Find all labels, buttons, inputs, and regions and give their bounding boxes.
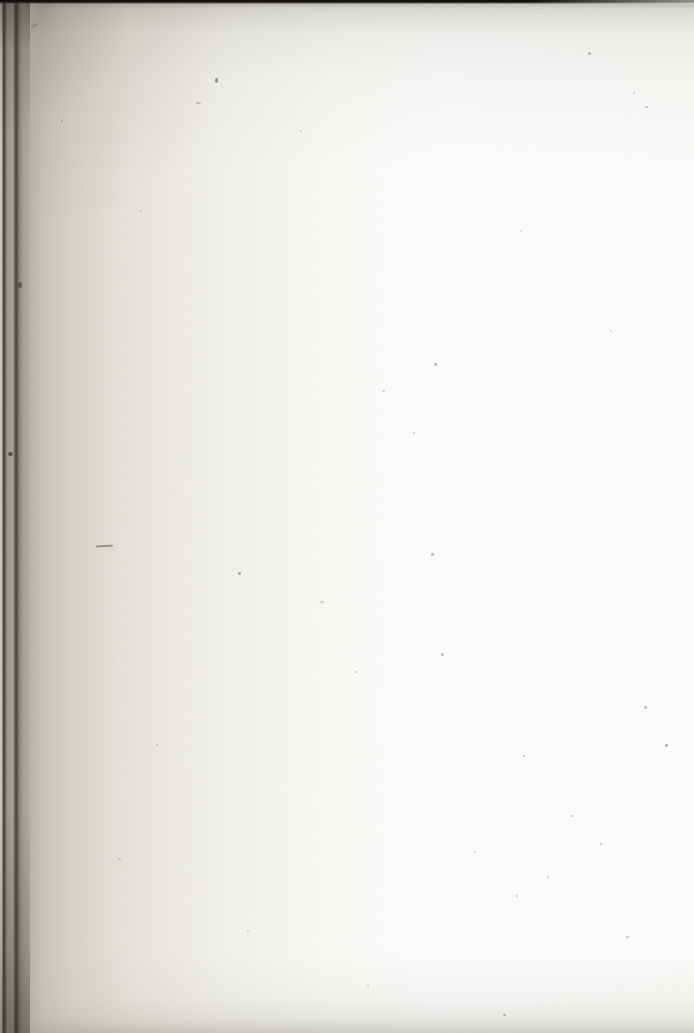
paper-speck bbox=[215, 78, 218, 83]
paper-speck bbox=[633, 92, 635, 94]
paper-speck bbox=[382, 390, 385, 392]
paper-speck bbox=[413, 432, 415, 434]
paper-speck bbox=[118, 858, 121, 860]
paper-speck bbox=[665, 744, 668, 747]
paper-speck bbox=[196, 102, 201, 105]
paper-speck bbox=[247, 930, 249, 932]
paper-speck bbox=[300, 130, 302, 132]
paper-speck bbox=[140, 210, 142, 212]
paper-speck bbox=[520, 230, 522, 232]
paper-speck bbox=[367, 985, 369, 987]
paper-speck bbox=[441, 653, 444, 656]
paper-speck bbox=[516, 895, 518, 897]
paper-speck bbox=[238, 572, 241, 575]
paper-speck bbox=[434, 363, 437, 366]
paper-speck bbox=[474, 851, 476, 853]
paper-speck bbox=[570, 815, 573, 817]
paper-speck bbox=[547, 876, 549, 878]
paper-speck bbox=[355, 671, 357, 673]
paper-speck bbox=[431, 553, 434, 556]
paper-speck bbox=[626, 936, 629, 938]
paper-speck bbox=[31, 23, 39, 28]
paper-speck bbox=[156, 744, 158, 746]
paper-speck bbox=[610, 330, 612, 332]
scanned-book-page bbox=[0, 0, 694, 1033]
paper-speck bbox=[503, 1014, 506, 1016]
paper-speck bbox=[645, 106, 648, 108]
paper-speck bbox=[600, 843, 602, 845]
paper-speck bbox=[8, 452, 13, 456]
specks-layer bbox=[0, 0, 694, 1033]
paper-speck bbox=[96, 545, 113, 548]
paper-speck bbox=[588, 52, 591, 55]
paper-speck bbox=[61, 120, 63, 122]
paper-speck bbox=[320, 601, 324, 604]
paper-speck bbox=[523, 755, 525, 757]
paper-speck bbox=[644, 706, 647, 709]
paper-speck bbox=[18, 282, 22, 288]
